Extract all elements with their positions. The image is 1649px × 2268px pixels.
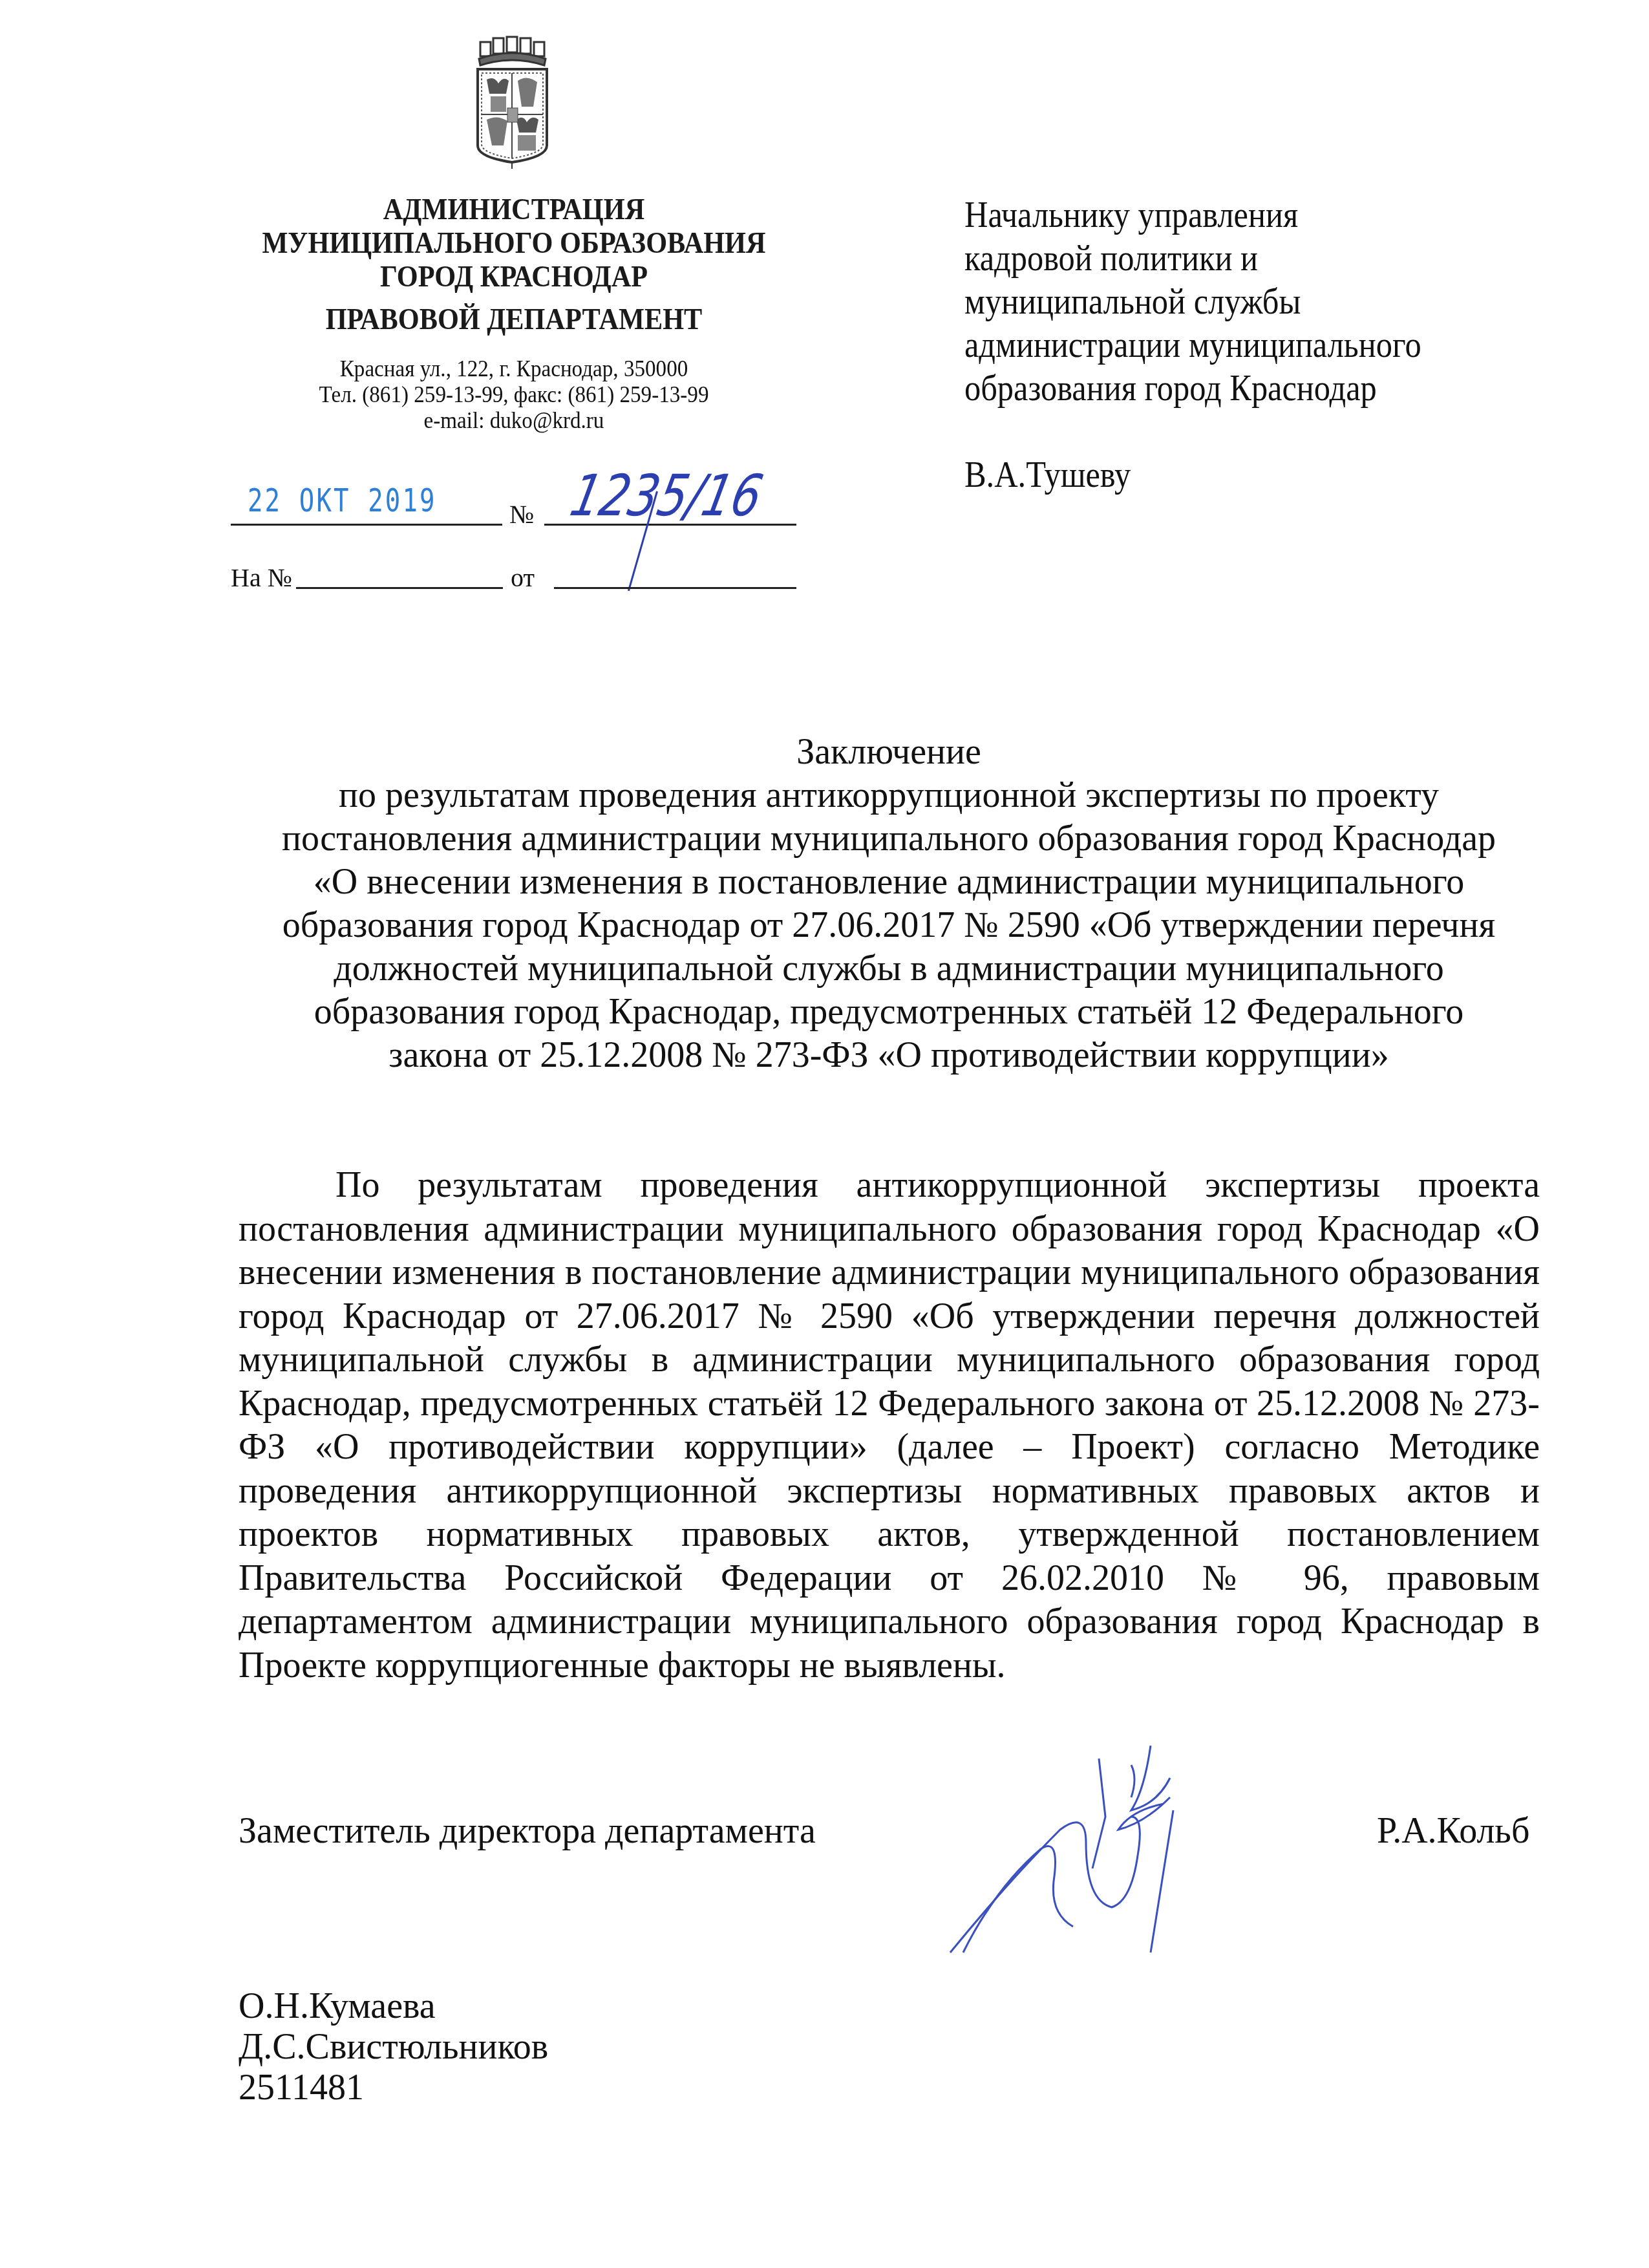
org-name-line-1: АДМИНИСТРАЦИЯ bbox=[226, 193, 802, 226]
org-name-line-2: МУНИЦИПАЛЬНОГО ОБРАЗОВАНИЯ bbox=[226, 226, 802, 260]
reply-to-label: На № bbox=[231, 562, 292, 593]
reply-to-underline bbox=[296, 587, 503, 589]
org-address: Красная ул., 122, г. Краснодар, 350000 bbox=[220, 356, 809, 381]
org-name-line-3: ГОРОД КРАСНОДАР bbox=[226, 260, 802, 294]
title-line: образования город Краснодар от 27.06.201… bbox=[239, 904, 1538, 947]
from-underline bbox=[554, 587, 796, 589]
executors-block: О.Н.Кумаева Д.С.Свистюльников 2511481 bbox=[239, 1986, 548, 2108]
addressee-line: Начальнику управления bbox=[964, 194, 1421, 237]
signatory-position: Заместитель директора департамента bbox=[239, 1810, 816, 1852]
coat-of-arms-icon bbox=[475, 36, 549, 171]
document-title: Заключение по результатам проведения ант… bbox=[239, 731, 1538, 1077]
signature-icon bbox=[937, 1739, 1248, 1962]
title-line: образования город Краснодар, предусмотре… bbox=[239, 990, 1538, 1034]
signatory-name: Р.А.Кольб bbox=[1377, 1810, 1529, 1852]
date-stamp: 22 ОКТ 2019 bbox=[248, 482, 437, 519]
executor-name: Д.С.Свистюльников bbox=[239, 2027, 548, 2068]
title-line: закона от 25.12.2008 № 273-ФЗ «О противо… bbox=[239, 1034, 1538, 1077]
title-line: постановления администрации муниципально… bbox=[239, 817, 1538, 861]
addressee-line: муниципальной службы bbox=[964, 281, 1421, 324]
body-paragraph: По результатам проведения антикоррупцион… bbox=[239, 1164, 1540, 1687]
from-label: от bbox=[511, 562, 535, 593]
executor-name: О.Н.Кумаева bbox=[239, 1986, 548, 2027]
addressee-line: образования город Краснодар bbox=[964, 367, 1421, 411]
handwritten-number: 1235/16 bbox=[565, 462, 768, 529]
org-email: e-mail: duko@krd.ru bbox=[220, 407, 809, 433]
number-label: № bbox=[509, 499, 534, 530]
addressee-block: Начальнику управления кадровой политики … bbox=[964, 194, 1421, 497]
date-underline bbox=[231, 524, 502, 526]
department-name: ПРАВОВОЙ ДЕПАРТАМЕНТ bbox=[226, 303, 802, 336]
addressee-name: В.А.Тушеву bbox=[964, 454, 1421, 497]
title-line: «О внесении изменения в постановление ад… bbox=[239, 861, 1538, 904]
addressee-line: кадровой политики и bbox=[964, 237, 1421, 281]
title-line: должностей муниципальной службы в админи… bbox=[239, 947, 1538, 990]
title-line: по результатам проведения антикоррупцион… bbox=[239, 774, 1538, 817]
addressee-line: администрации муниципального bbox=[964, 324, 1421, 367]
executor-phone: 2511481 bbox=[239, 2068, 548, 2108]
org-phone: Тел. (861) 259-13-99, факс: (861) 259-13… bbox=[220, 381, 809, 407]
title-heading: Заключение bbox=[239, 731, 1538, 774]
